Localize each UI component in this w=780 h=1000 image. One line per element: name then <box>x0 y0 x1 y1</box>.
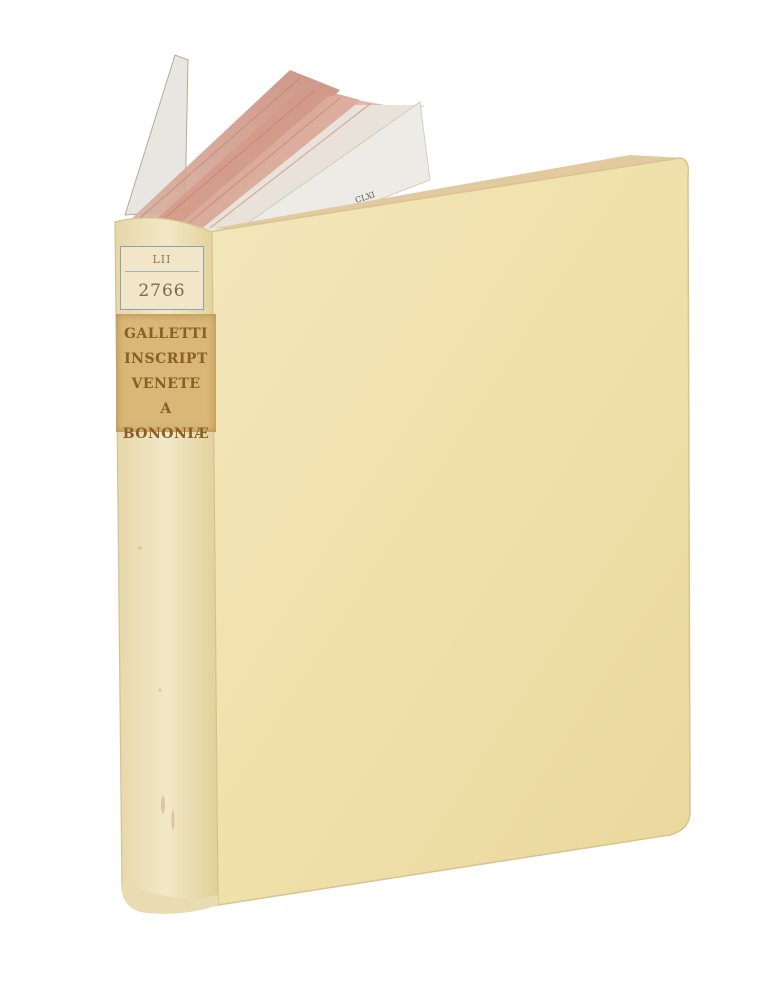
spine-title-line-3: VENETE <box>116 372 216 397</box>
spine-title-line-2: INSCRIPT <box>116 347 216 372</box>
shelf-mark-top: LII <box>121 253 203 266</box>
spine-title-line-4: A BONONIÆ <box>116 397 216 447</box>
shelf-mark-number: 2766 <box>121 281 203 301</box>
shelf-mark-divider <box>125 271 199 272</box>
front-cover <box>208 158 690 905</box>
book-photo <box>0 0 780 1000</box>
shelf-mark-tag: LII 2766 <box>120 246 204 310</box>
spine-title-label: GALLETTI INSCRIPT VENETE A BONONIÆ <box>116 314 216 432</box>
spine-title-line-1: GALLETTI <box>116 322 216 347</box>
